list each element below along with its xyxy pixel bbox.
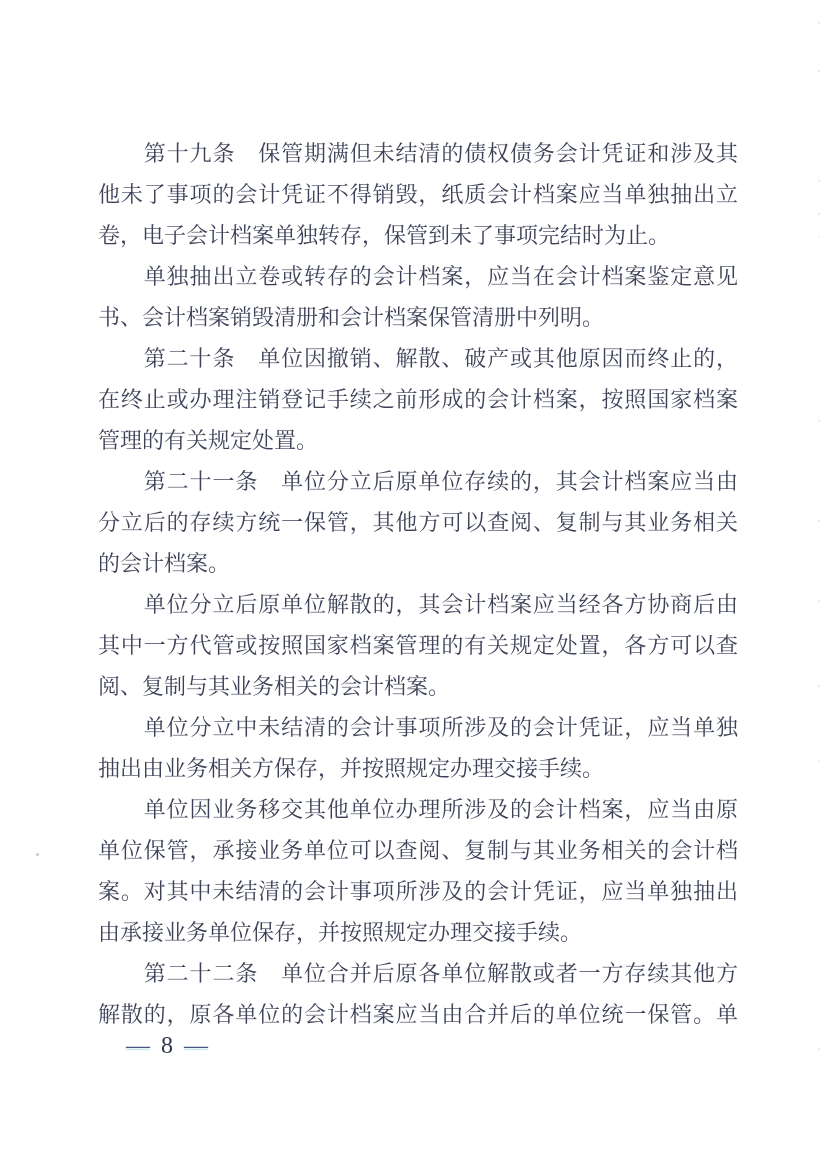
text-line: 分立后的存续方统一保管，其他方可以查阅、复制与其业务相关 xyxy=(98,502,738,543)
page-number-dash-right: — xyxy=(184,1031,208,1061)
text-line: 单位保管，承接业务单位可以查阅、复制与其业务相关的会计档 xyxy=(98,830,738,871)
scan-edge-specks xyxy=(818,8,820,10)
page-number-dash-left: — xyxy=(126,1031,150,1061)
text-line: 单位因业务移交其他单位办理所涉及的会计档案，应当由原 xyxy=(98,789,738,830)
text-line: 阅、复制与其业务相关的会计档案。 xyxy=(98,666,738,707)
text-line: 第二十条 单位因撤销、解散、破产或其他原因而终止的， xyxy=(98,338,738,379)
text-line: 的会计档案。 xyxy=(98,543,738,584)
page-number-value: 8 xyxy=(161,1031,173,1061)
text-line: 抽出由业务相关方保存，并按照规定办理交接手续。 xyxy=(98,748,738,789)
text-line: 案。对其中未结清的会计事项所涉及的会计凭证，应当单独抽出 xyxy=(98,871,738,912)
page-number: — 8 — xyxy=(126,1031,208,1061)
document-page: 第十九条 保管期满但未结清的债权债务会计凭证和涉及其他未了事项的会计凭证不得销毁… xyxy=(0,0,828,1169)
text-line: 书、会计档案销毁清册和会计档案保管清册中列明。 xyxy=(98,297,738,338)
text-line: 第十九条 保管期满但未结清的债权债务会计凭证和涉及其 xyxy=(98,133,738,174)
body-text: 第十九条 保管期满但未结清的债权债务会计凭证和涉及其他未了事项的会计凭证不得销毁… xyxy=(98,133,738,1035)
scan-speck xyxy=(36,853,39,856)
text-line: 其中一方代管或按照国家档案管理的有关规定处置，各方可以查 xyxy=(98,625,738,666)
text-line: 管理的有关规定处置。 xyxy=(98,420,738,461)
text-line: 卷，电子会计档案单独转存，保管到未了事项完结时为止。 xyxy=(98,215,738,256)
text-line: 第二十二条 单位合并后原各单位解散或者一方存续其他方 xyxy=(98,953,738,994)
text-line: 解散的，原各单位的会计档案应当由合并后的单位统一保管。单 xyxy=(98,994,738,1035)
text-line: 单位分立后原单位解散的，其会计档案应当经各方协商后由 xyxy=(98,584,738,625)
text-line: 单位分立中未结清的会计事项所涉及的会计凭证，应当单独 xyxy=(98,707,738,748)
text-line: 在终止或办理注销登记手续之前形成的会计档案，按照国家档案 xyxy=(98,379,738,420)
text-line: 单独抽出立卷或转存的会计档案，应当在会计档案鉴定意见 xyxy=(98,256,738,297)
text-line: 第二十一条 单位分立后原单位存续的，其会计档案应当由 xyxy=(98,461,738,502)
text-line: 由承接业务单位保存，并按照规定办理交接手续。 xyxy=(98,912,738,953)
text-line: 他未了事项的会计凭证不得销毁，纸质会计档案应当单独抽出立 xyxy=(98,174,738,215)
